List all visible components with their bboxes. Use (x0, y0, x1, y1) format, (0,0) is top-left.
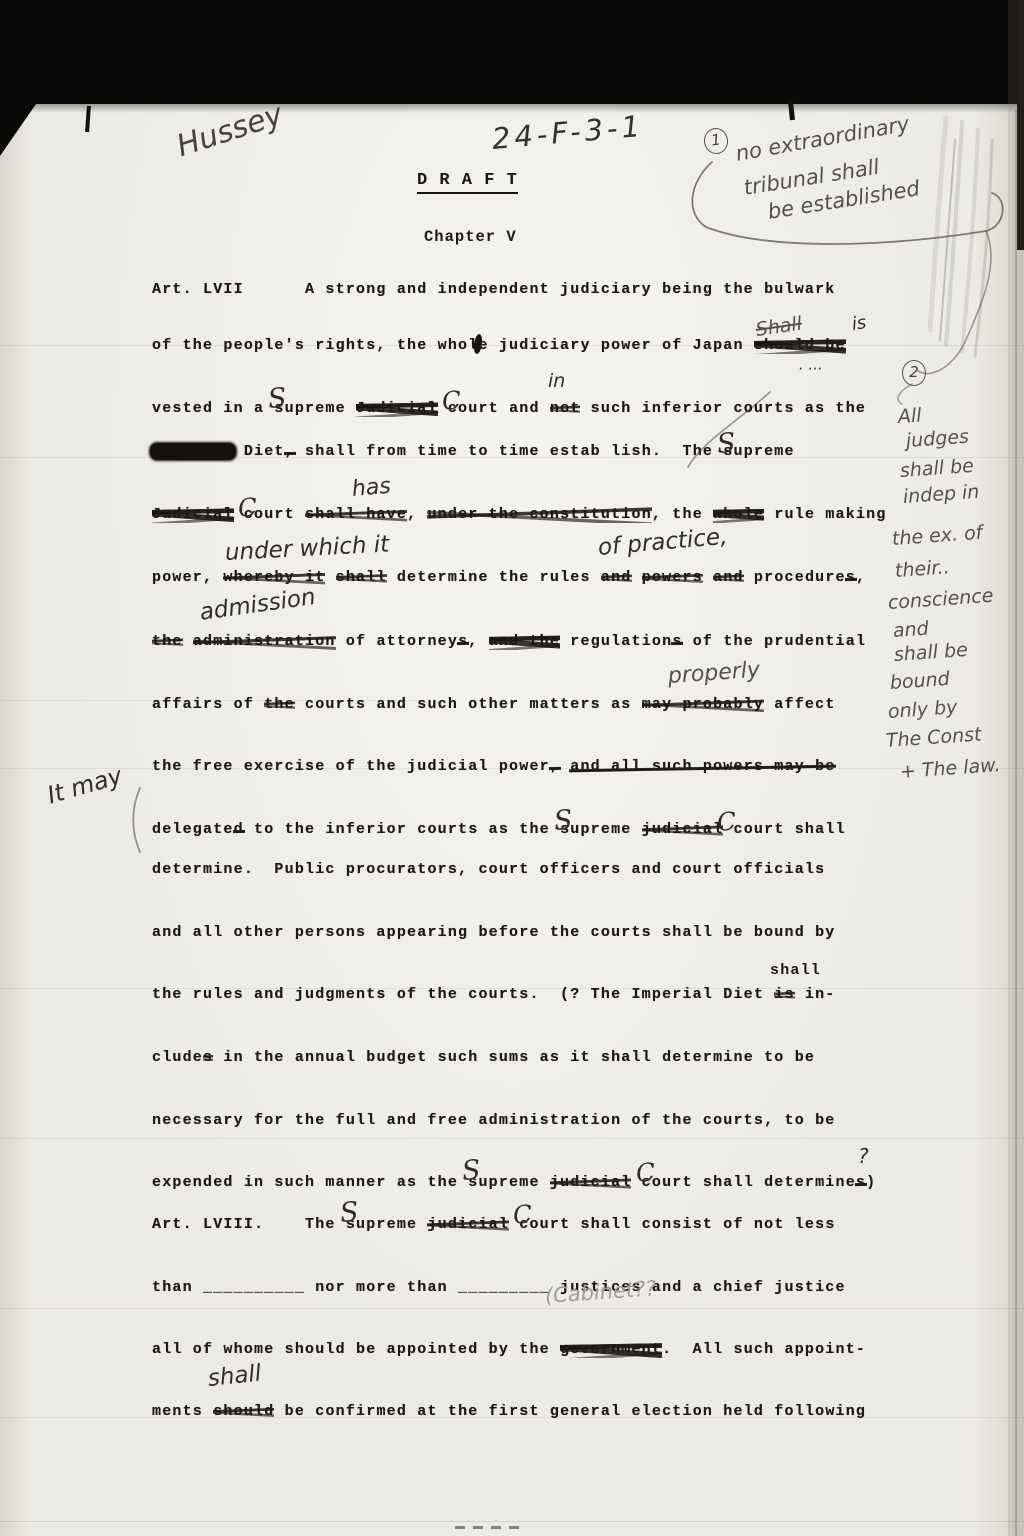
typed-line: expended in such manner as the supreme j… (152, 1173, 876, 1193)
deleted-text: and (601, 569, 632, 586)
annotation-question-mark: ? (858, 1146, 869, 1166)
deleted-text: shall (336, 569, 387, 586)
deleted-text: and all such powers may be (570, 758, 835, 775)
deleted-text: s (846, 569, 856, 586)
typed-text: , (407, 506, 427, 523)
typed-text: all of whome should be appointed by the (152, 1341, 560, 1358)
typed-text (632, 569, 642, 586)
annotation-dots: · ··· (798, 362, 822, 377)
deleted-text: , (285, 443, 295, 460)
typed-line: all of whome should be appointed by the … (152, 1340, 866, 1360)
deleted-text: may probably (642, 696, 764, 713)
margin-note-line: and (892, 620, 929, 641)
scan-border-notch (0, 104, 36, 156)
margin-note-line: + The law. (899, 756, 1001, 782)
typed-text: , the (652, 506, 713, 523)
typed-text: such inferior courts as the (580, 400, 866, 417)
typed-line: than __________ nor more than _________ … (152, 1278, 846, 1298)
deleted-text: the (152, 633, 183, 650)
typed-text: vested in a supreme (152, 400, 356, 417)
typed-text: Art. LVII A strong and independent judic… (152, 281, 836, 298)
typed-text: of the prudential (683, 633, 867, 650)
scan-torn-edge (0, 104, 1024, 113)
deleted-text: judicial (550, 1174, 632, 1191)
deleted-text: , (550, 758, 560, 775)
scan-line (0, 1138, 1024, 1139)
deleted-text: s (672, 633, 682, 650)
typed-text (325, 569, 335, 586)
margin-note-line: judges (905, 428, 969, 451)
circled-number-2: 2 (902, 360, 926, 386)
circled-number-1: 1 (702, 126, 729, 155)
typed-line: the free exercise of the judicial power,… (152, 757, 836, 777)
typed-line: the rules and judgments of the courts. (… (152, 985, 836, 1005)
deleted-text: s (856, 1174, 866, 1191)
typed-text: determine. Public procurators, court off… (152, 861, 825, 878)
typed-text: , (856, 569, 866, 586)
deleted-text: the (264, 696, 295, 713)
typed-text: in- (795, 986, 836, 1003)
typed-text: Diet (234, 443, 285, 460)
typed-text: court shall determine (631, 1174, 855, 1191)
typed-text: in the annual budget such sums as it sha… (213, 1049, 815, 1066)
deleted-text: should (213, 1403, 274, 1420)
typed-text: Art. LVIII. The supreme (152, 1216, 427, 1233)
deleted-text: and (713, 569, 744, 586)
margin-note-line: bound (889, 670, 950, 693)
deleted-text: s (203, 1049, 213, 1066)
typed-text: affairs of (152, 696, 264, 713)
deleted-text: not (550, 400, 581, 417)
typed-line: vested in a supreme Judicial court and n… (152, 399, 866, 419)
annotation-it-may: It may (45, 763, 125, 807)
chapter-heading: Chapter V (424, 228, 517, 246)
margin-note-line: the ex. of (891, 524, 983, 549)
margin-note-line: their.. (894, 558, 950, 581)
typed-text: clude (152, 1049, 203, 1066)
typed-text: the free exercise of the judicial power (152, 758, 550, 775)
typed-text: ments (152, 1403, 213, 1420)
typed-line: power, whereby it shall determine the ru… (152, 568, 866, 588)
scan-line (0, 1308, 1024, 1309)
annotation-properly: properly (667, 660, 760, 688)
typed-text: , (468, 633, 488, 650)
typed-text: regulation (560, 633, 672, 650)
deleted-text: shall have (305, 506, 407, 523)
deleted-text: and the (489, 633, 560, 650)
deleted-text: Judicial (152, 506, 234, 523)
deleted-text: judicial (427, 1216, 509, 1233)
typed-line: Imperial Diet, shall from time to time e… (152, 442, 795, 462)
typed-text: . All such appoint- (662, 1341, 866, 1358)
typed-text: courts and such other matters as (295, 696, 642, 713)
typed-text: ) (866, 1174, 876, 1191)
annotation-of-practice: of practice, (597, 526, 728, 560)
typed-text: determine the rules (387, 569, 601, 586)
typed-line: affairs of the courts and such other mat… (152, 695, 836, 715)
typed-text (703, 569, 713, 586)
typed-line: and all other persons appearing before t… (152, 923, 836, 943)
annotation-cap-s-2: S (716, 429, 737, 458)
margin-note-line: shall be (899, 457, 974, 481)
typed-line: Judicial court shall have, under the con… (152, 505, 887, 525)
deleted-text: d (234, 821, 244, 838)
document-page: Hussey 24-F-3-1 1 2 D R A F T Chapter V … (0, 0, 1024, 1536)
typed-line: ments should be confirmed at the first g… (152, 1402, 866, 1422)
scan-speck (85, 106, 91, 132)
typed-text: the rules and judgments of the courts. (… (152, 986, 774, 1003)
scan-line (0, 1521, 1024, 1522)
annotation-shall-typed: shall (770, 963, 821, 978)
draft-title: D R A F T (417, 171, 518, 194)
typed-text: power, (152, 569, 223, 586)
margin-note-line: The Const (885, 725, 982, 751)
typed-line: the administration of attorneys, and the… (152, 632, 866, 652)
scan-dash-mark (455, 1526, 525, 1529)
deleted-text: s (458, 633, 468, 650)
typed-text: of the people's rights, the whole judici… (152, 337, 754, 354)
annotation-cap-c-4: C (635, 1159, 656, 1186)
typed-text: and all other persons appearing before t… (152, 924, 836, 941)
typed-text: than __________ nor more than _________ … (152, 1279, 846, 1296)
typed-text: court shall (723, 821, 845, 838)
annotation-has-inserted: has (351, 476, 392, 501)
typed-line: determine. Public procurators, court off… (152, 860, 825, 880)
annotation-admission: admission (198, 586, 317, 625)
typed-text: necessary for the full and free administ… (152, 1112, 836, 1129)
deleted-text: government (560, 1341, 662, 1358)
typed-text: expended in such manner as the supreme (152, 1174, 550, 1191)
annotation-is-inserted: is (851, 314, 868, 334)
scan-edge-right-line (1015, 110, 1017, 1536)
typed-line: of the people's rights, the whole judici… (152, 336, 846, 356)
annotation-cap-s-4: S (461, 1156, 482, 1185)
margin-note-line: conscience (887, 587, 994, 613)
typed-text: to the inferior courts as the supreme (244, 821, 642, 838)
top-right-note-line: no extraordinary (734, 114, 911, 165)
typed-line: Art. LVII A strong and independent judic… (152, 280, 836, 300)
annotation-cap-c-3: C (716, 808, 737, 835)
deleted-text: powers (642, 569, 703, 586)
typed-text: affect (764, 696, 835, 713)
typed-text: be confirmed at the first general electi… (274, 1403, 866, 1420)
scan-border-top (0, 0, 1024, 104)
typed-text: procedure (744, 569, 846, 586)
margin-note-line: shall be (893, 641, 968, 665)
typed-line: necessary for the full and free administ… (152, 1111, 836, 1131)
archive-number: 24-F-3-1 (491, 109, 646, 156)
typed-text: of attorney (336, 633, 458, 650)
margin-note-line: All (897, 406, 922, 427)
annotation-cap-c-1: C (441, 387, 462, 414)
annotation-cap-s-3: S (553, 806, 574, 835)
annotation-cap-c-2: C (237, 494, 258, 521)
annotation-cap-s-1: S (267, 384, 288, 413)
annotation-under-which-it: under which it (224, 533, 389, 565)
typed-line: Art. LVIII. The supreme judicial court s… (152, 1215, 836, 1235)
annotation-shall-inserted-2: shall (207, 1362, 263, 1390)
typed-text (560, 758, 570, 775)
deleted-text: is (774, 986, 794, 1003)
deleted-text: Imperial (150, 443, 236, 460)
annotation-cap-s-5: S (339, 1198, 360, 1227)
annotation-in-inserted: in (548, 372, 565, 391)
margin-note-line: only by (887, 698, 958, 722)
typed-text: delegate (152, 821, 234, 838)
typed-text (183, 633, 193, 650)
deleted-text: judicial (642, 821, 724, 838)
typed-line: cludes in the annual budget such sums as… (152, 1048, 815, 1068)
typed-line: delegated to the inferior courts as the … (152, 820, 846, 840)
deleted-text: should be (754, 337, 846, 354)
deleted-text: under the constitution (427, 506, 651, 523)
typed-text: court shall consist of not less (509, 1216, 835, 1233)
deleted-text: whole (713, 506, 764, 523)
annotation-cap-c-5: C (512, 1201, 533, 1228)
typed-text: rule making (764, 506, 886, 523)
annotation-cabinet: (Cabinet?? (544, 1278, 657, 1307)
deleted-text: Judicial (356, 400, 438, 417)
margin-note-line: indep in (902, 483, 980, 507)
deleted-text: administration (193, 633, 336, 650)
